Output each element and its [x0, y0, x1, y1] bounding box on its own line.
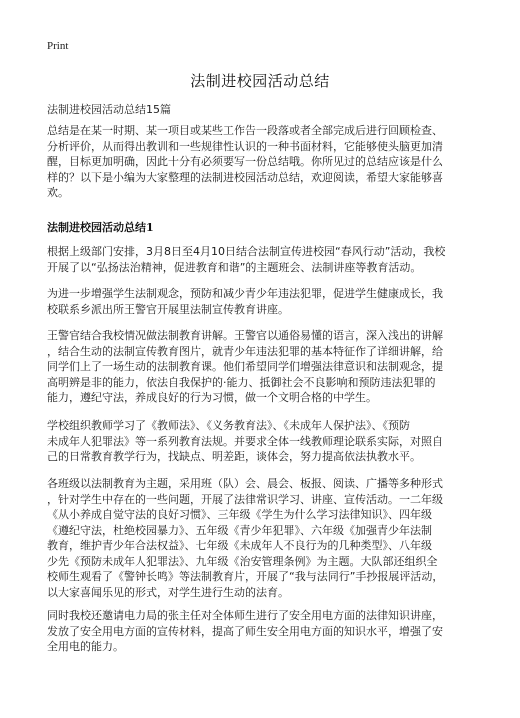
text-line: 分析评价，从而得出教训和一些规律性认识的一种书面材料，它能够使头脑更加清: [47, 139, 487, 155]
text-line: 总结是在某一时期、某一项目或某些工作告一段落或者全部完成后进行回顾检查、: [47, 123, 487, 139]
document-subtitle: 法制进校园活动总结15篇: [47, 101, 171, 117]
section-heading: 法制进校园活动总结1: [47, 219, 154, 235]
text-line: 各班级以法制教育为主题，采用班（队）会、晨会、板报、阅读、广播等多种形式: [47, 476, 487, 492]
body-paragraph: 为进一步增强学生法制观念，预防和减少青少年违法犯罪，促进学生健康成长，我 校联系…: [47, 286, 487, 317]
text-line: 醒，目标更加明确，因此十分有必须要写一份总结哦。你所见过的总结应该是什么: [47, 154, 487, 170]
document-title: 法制进校园活动总结: [0, 70, 520, 91]
text-line: ，结合生动的法制宣传教育图片，就青少年违法犯罪的基本特征作了详细讲解，给: [47, 344, 487, 360]
text-line: 同学们上了一场生动的法制教育课。他们希望同学们增强法律意识和法制观念，提: [47, 359, 487, 375]
body-paragraph: 王警官结合我校情况做法制教育讲解。王警官以通俗易懂的语言，深入浅出的讲解 ，结合…: [47, 328, 487, 406]
text-line: 《从小养成自觉守法的良好习惯》、三年级《学生为什么学习法律知识》、四年级: [47, 507, 487, 523]
text-line: 能力，遵纪守法，养成良好的行为习惯，做一个文明合格的中学生。: [47, 390, 487, 406]
body-paragraph: 各班级以法制教育为主题，采用班（队）会、晨会、板报、阅读、广播等多种形式 ，针对…: [47, 476, 487, 600]
text-line: 校联系乡派出所王警官开展里法制宣传教育讲座。: [47, 302, 487, 318]
text-line: 学校组织教师学习了《教师法》、《义务教育法》、《未成年人保护法》、《预防: [47, 418, 487, 434]
text-line: 未成年人犯罪法》等一系列教育法规。并要求全体一线教师理论联系实际，对照自: [47, 434, 487, 450]
text-line: 全用电的能力。: [47, 639, 487, 655]
text-line: 根据上级部门安排，3月8日至4月10日结合法制宣传进校园“春风行动”活动，我校: [47, 244, 487, 260]
text-line: 教育，维护青少年合法权益》、七年级《未成年人不良行为的几种类型》、八年级: [47, 538, 487, 554]
text-line: 为进一步增强学生法制观念，预防和减少青少年违法犯罪，促进学生健康成长，我: [47, 286, 487, 302]
text-line: 同时我校还邀请电力局的张主任对全体师生进行了安全用电方面的法律知识讲座，: [47, 608, 487, 624]
text-line: 样的？以下是小编为大家整理的法制进校园活动总结，欢迎阅读，希望大家能够喜: [47, 170, 487, 186]
body-paragraph: 学校组织教师学习了《教师法》、《义务教育法》、《未成年人保护法》、《预防 未成年…: [47, 418, 487, 465]
text-line: 欢。: [47, 185, 487, 201]
text-line: 以大家喜闻乐见的形式，对学生进行生动的法育。: [47, 585, 487, 601]
print-label: Print: [47, 40, 68, 52]
text-line: 高明辨是非的能力，依法自我保护的·能力、抵御社会不良影响和预防违法犯罪的: [47, 375, 487, 391]
text-line: 校师生观看了《警钟长鸣》等法制教育片，开展了“我与法同行”手抄报展评活动，: [47, 569, 487, 585]
text-line: 己的日常教育教学行为，找缺点、明差距，谈体会，努力提高依法执教水平。: [47, 449, 487, 465]
intro-paragraph: 总结是在某一时期、某一项目或某些工作告一段落或者全部完成后进行回顾检查、 分析评…: [47, 123, 487, 201]
body-paragraph: 根据上级部门安排，3月8日至4月10日结合法制宣传进校园“春风行动”活动，我校 …: [47, 244, 487, 275]
text-line: 王警官结合我校情况做法制教育讲解。王警官以通俗易懂的语言，深入浅出的讲解: [47, 328, 487, 344]
text-line: 《遵纪守法，杜绝校园暴力》、五年级《青少年犯罪》、六年级《加强青少年法制: [47, 523, 487, 539]
text-line: 开展了以“弘扬法治精神，促进教育和谐”的主题班会、法制讲座等教育活动。: [47, 260, 487, 276]
text-line: 少先《预防未成年人犯罪法》、九年级《治安管理条例》为主题。大队部还组织全: [47, 554, 487, 570]
body-paragraph: 同时我校还邀请电力局的张主任对全体师生进行了安全用电方面的法律知识讲座， 发放了…: [47, 608, 487, 655]
text-line: 发放了安全用电方面的宣传材料，提高了师生安全用电方面的知识水平，增强了安: [47, 624, 487, 640]
text-line: ，针对学生中存在的一些问题，开展了法律常识学习、讲座、宣传活动。一二年级: [47, 492, 487, 508]
